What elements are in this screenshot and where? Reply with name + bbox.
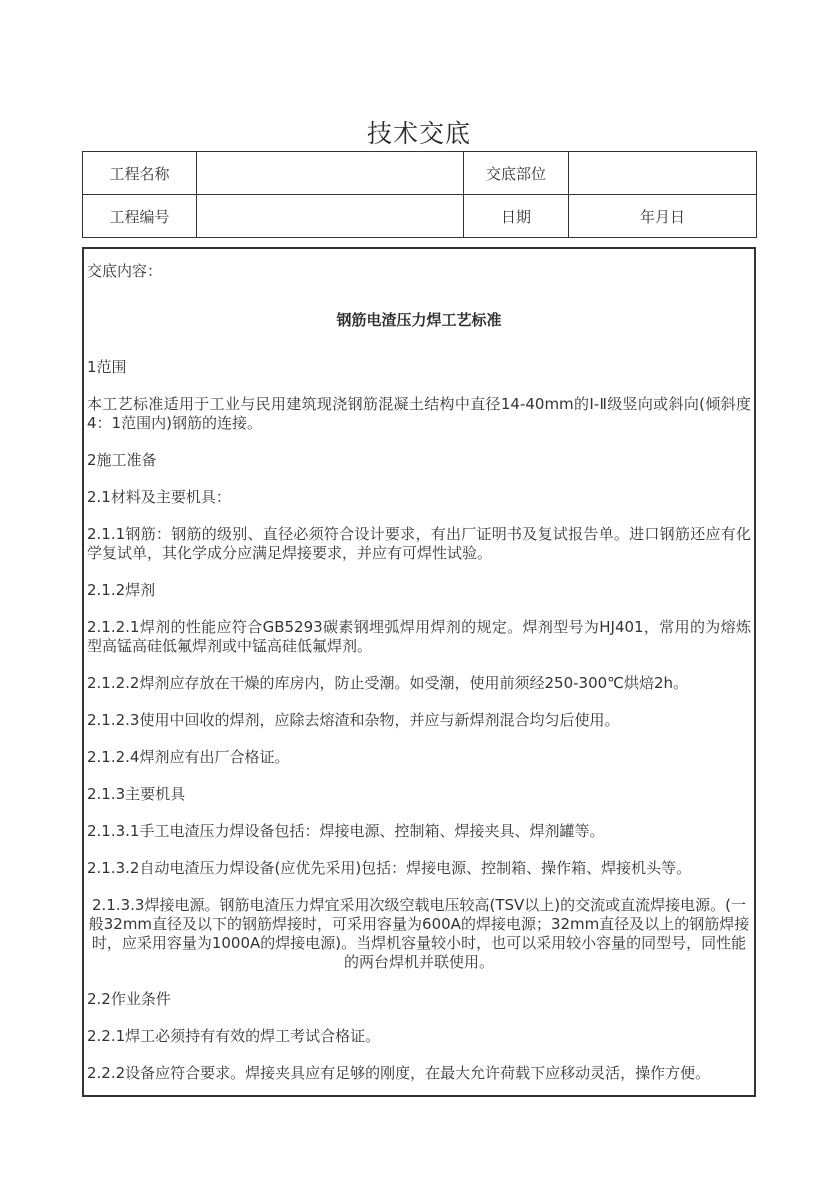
disclosure-part-label: 交底部位 [464, 152, 569, 195]
disclosure-part-value [569, 152, 757, 195]
content-heading: 钢筋电渣压力焊工艺标准 [87, 311, 751, 330]
content-paragraph: 2施工准备 [87, 451, 751, 470]
document-title: 技术交底 [0, 114, 838, 150]
content-paragraph: 2.1材料及主要机具： [87, 488, 751, 507]
project-number-value [197, 195, 464, 238]
header-table: 工程名称 交底部位 工程编号 日期 年月日 [82, 151, 757, 238]
date-value: 年月日 [569, 195, 757, 238]
content-paragraph: 2.1.3.3焊接电源。钢筋电渣压力焊宜采用次级空载电压较高(TSV以上)的交流… [87, 896, 751, 972]
header-table-row: 工程编号 日期 年月日 [83, 195, 757, 238]
paragraph-list: 1范围本工艺标准适用于工业与民用建筑现浇钢筋混凝土结构中直径14-40mm的I-… [87, 358, 751, 1083]
content-paragraph: 2.1.2.4焊剂应有出厂合格证。 [87, 748, 751, 767]
content-paragraph: 2.2.1焊工必须持有有效的焊工考试合格证。 [87, 1027, 751, 1046]
content-paragraph: 2.2作业条件 [87, 990, 751, 1009]
content-box: 交底内容： 钢筋电渣压力焊工艺标准 1范围本工艺标准适用于工业与民用建筑现浇钢筋… [82, 247, 756, 1097]
project-name-value [197, 152, 464, 195]
project-name-label: 工程名称 [83, 152, 197, 195]
content-paragraph: 2.1.3.1手工电渣压力焊设备包括：焊接电源、控制箱、焊接夹具、焊剂罐等。 [87, 822, 751, 841]
content-paragraph: 1范围 [87, 358, 751, 377]
content-paragraph: 本工艺标准适用于工业与民用建筑现浇钢筋混凝土结构中直径14-40mm的I-Ⅱ级竖… [87, 395, 751, 433]
content-paragraph: 2.1.3.2自动电渣压力焊设备(应优先采用)包括：焊接电源、控制箱、操作箱、焊… [87, 859, 751, 878]
content-paragraph: 2.1.2.2焊剂应存放在干燥的库房内，防止受潮。如受潮，使用前须经250-30… [87, 674, 751, 693]
project-number-label: 工程编号 [83, 195, 197, 238]
content-paragraph: 2.2.2设备应符合要求。焊接夹具应有足够的刚度，在最大允许荷载下应移动灵活，操… [87, 1064, 751, 1083]
content-paragraph: 2.1.2焊剂 [87, 581, 751, 600]
content-paragraph: 2.1.2.1焊剂的性能应符合GB5293碳素钢埋弧焊用焊剂的规定。焊剂型号为H… [87, 618, 751, 656]
content-paragraph: 2.1.1钢筋：钢筋的级别、直径必须符合设计要求，有出厂证明书及复试报告单。进口… [87, 525, 751, 563]
header-table-row: 工程名称 交底部位 [83, 152, 757, 195]
content-label: 交底内容： [87, 262, 751, 281]
content-paragraph: 2.1.3主要机具 [87, 785, 751, 804]
date-label: 日期 [464, 195, 569, 238]
content-paragraph: 2.1.2.3使用中回收的焊剂，应除去熔渣和杂物，并应与新焊剂混合均匀后使用。 [87, 711, 751, 730]
document-page: 技术交底 工程名称 交底部位 工程编号 日期 年月日 交底内容： 钢筋电渣压 [0, 0, 838, 1186]
